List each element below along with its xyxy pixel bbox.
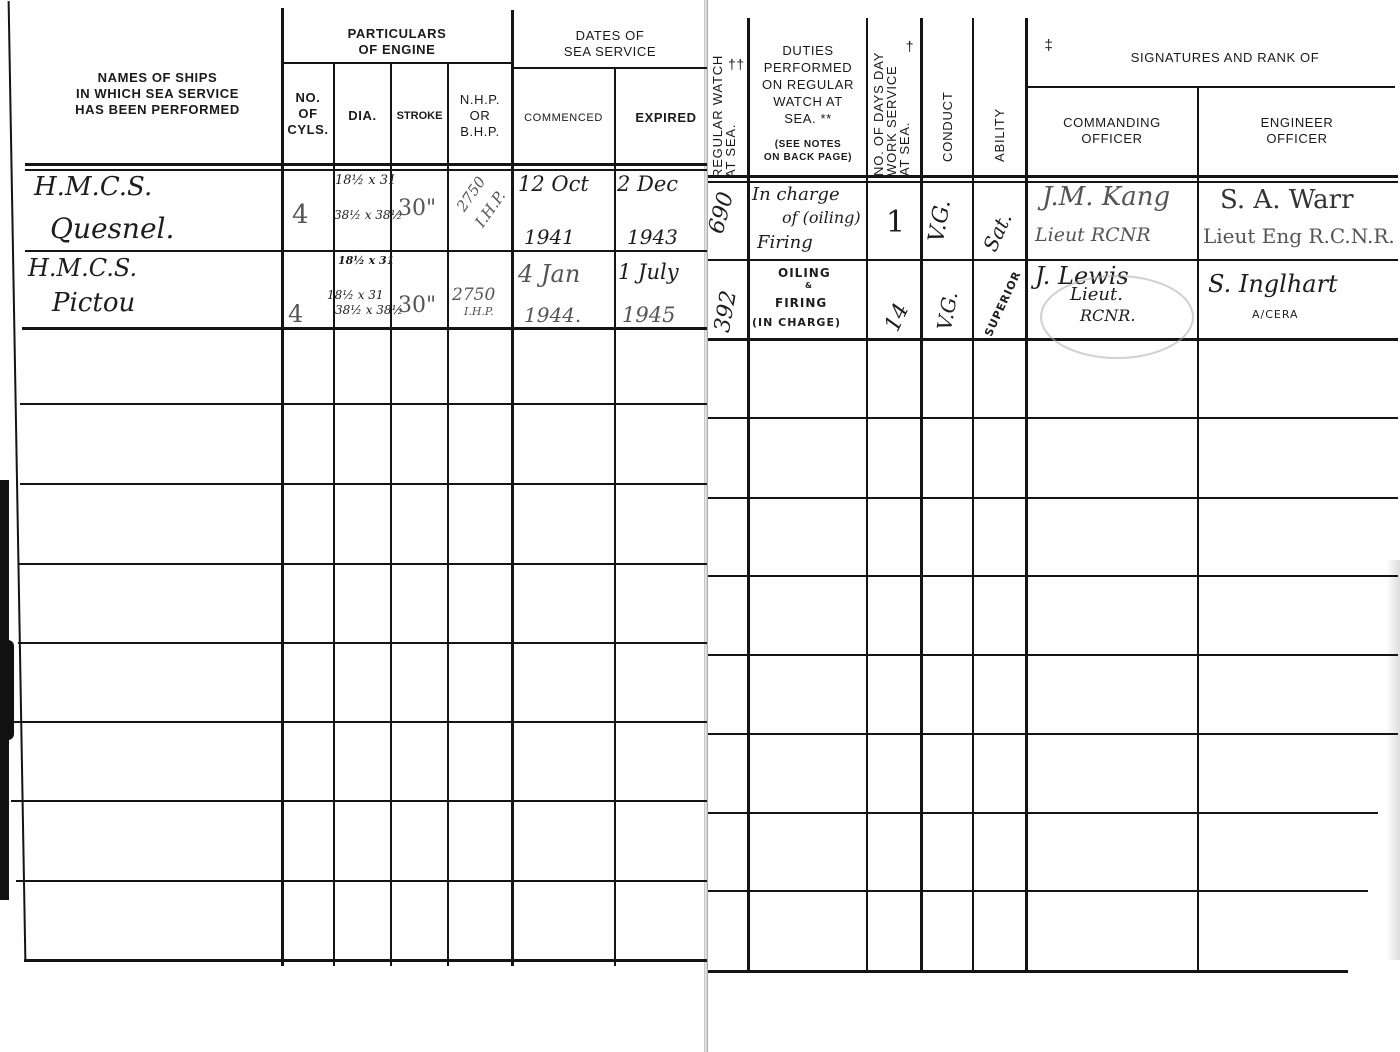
- grid-line: [1025, 86, 1395, 88]
- row-line: [22, 327, 707, 330]
- entry-1-commenced-line1: 12 Oct: [518, 172, 589, 196]
- grid-line: [390, 62, 392, 966]
- torn-page-edge: [1386, 560, 1400, 960]
- grid-line: [1025, 18, 1028, 973]
- row-line: [708, 890, 1368, 892]
- entry-2-duties-line1: OILING: [778, 266, 831, 280]
- header-days-mark: †: [903, 38, 917, 54]
- header-no-of-cyls: NO. OF CYLS.: [283, 90, 333, 138]
- header-days-day-work: NO. OF DAYS DAY WORK SERVICE AT SEA.: [872, 52, 911, 176]
- header-regular-watch-mark: ††: [728, 56, 744, 72]
- entry-2-eo-signature: S. Inglhart: [1208, 270, 1338, 298]
- entry-2-duties-line2: &: [805, 281, 813, 290]
- grid-line: [920, 18, 923, 973]
- row-line: [708, 812, 1378, 814]
- entry-2-dia-line1: 18½ x 31: [338, 254, 394, 267]
- row-line: [708, 417, 1398, 419]
- row-line: [708, 654, 1398, 656]
- header-regular-watch-line2: AT SEA.: [724, 55, 737, 178]
- header-regular-watch: REGULAR WATCH AT SEA.: [711, 55, 737, 178]
- row-line: [20, 483, 707, 485]
- row-line: [708, 497, 1398, 499]
- header-duties-note: (SEE NOTES ON BACK PAGE): [750, 138, 866, 164]
- entry-1-ship-line2: Quesnel.: [50, 212, 174, 245]
- entry-2-duties-line3: FIRING: [775, 296, 827, 310]
- header-nhp-bhp: N.H.P. OR B.H.P.: [449, 92, 511, 140]
- entry-2-hp-line2: I.H.P.: [464, 305, 494, 318]
- row-line: [708, 733, 1398, 735]
- header-names-of-ships: NAMES OF SHIPS IN WHICH SEA SERVICE HAS …: [40, 70, 275, 118]
- entry-1-stroke: 30": [398, 196, 436, 221]
- entry-2-expired-line1: 1 July: [618, 260, 679, 284]
- left-page: [0, 0, 707, 1052]
- row-line: [11, 800, 707, 802]
- header-expired: EXPIRED: [616, 110, 716, 126]
- entry-2-ship-line2: Pictou: [52, 288, 135, 318]
- entry-1-dia-line2: 38½ x 38½: [334, 208, 402, 222]
- entry-2-hp-line1: 2750: [452, 285, 495, 305]
- header-ability: ABILITY: [993, 108, 1006, 162]
- header-rule: [25, 169, 707, 171]
- table-bottom-rule: [708, 970, 1348, 973]
- entry-2-dia-line3: 38½ x 38½: [335, 303, 403, 317]
- row-line: [12, 721, 707, 723]
- entry-1-co-signature: J.M. Kang: [1042, 182, 1170, 212]
- header-signatures: SIGNATURES AND RANK OF: [1060, 50, 1390, 66]
- grid-line: [447, 62, 449, 966]
- row-line: [25, 250, 707, 252]
- entry-2-ship-line1: H.M.C.S.: [28, 254, 137, 282]
- header-commanding-officer: COMMANDING OFFICER: [1027, 115, 1197, 147]
- table-bottom-rule: [24, 959, 707, 962]
- entry-1-eo-signature: S. A. Warr: [1220, 185, 1354, 215]
- entry-1-duties-line1: In charge: [752, 184, 840, 205]
- entry-1-co-rank: Lieut RCNR: [1035, 224, 1151, 246]
- entry-1-dia-line1: 18½ x 31: [335, 173, 396, 188]
- grid-line: [333, 62, 335, 966]
- entry-2-expired-line2: 1945: [622, 303, 675, 327]
- header-days-line3: AT SEA.: [898, 52, 911, 176]
- header-particulars-of-engine: PARTICULARS OF ENGINE: [283, 26, 511, 58]
- entry-1-cyls: 4: [292, 200, 309, 230]
- row-line: [708, 259, 1398, 261]
- grid-line: [1197, 87, 1199, 973]
- header-engineer-officer: ENGINEER OFFICER: [1199, 115, 1395, 147]
- grid-line: [866, 18, 868, 973]
- entry-1-commenced-line2: 1941: [524, 225, 575, 249]
- entry-2-duties-line4: (IN CHARGE): [752, 316, 841, 329]
- row-line: [19, 563, 707, 565]
- entry-1-duties-line3: Firing: [757, 232, 813, 253]
- entry-2-cyls: 4: [288, 300, 303, 328]
- row-line: [708, 575, 1398, 577]
- page-edge-shadow: [0, 640, 14, 740]
- entry-1-expired-line2: 1943: [627, 225, 678, 249]
- row-line: [16, 880, 707, 882]
- grid-line: [972, 18, 974, 973]
- grid-line: [281, 8, 284, 966]
- row-line: [18, 642, 707, 644]
- entry-1-duties-line2: of (oiling): [782, 208, 861, 227]
- header-dia: DIA.: [335, 108, 390, 124]
- header-dates-of-sea-service: DATES OF SEA SERVICE: [513, 28, 707, 60]
- header-conduct: CONDUCT: [941, 91, 954, 162]
- grid-line: [614, 67, 616, 966]
- book-spine: [704, 0, 708, 1052]
- entry-2-eo-rank: A/CERA: [1252, 308, 1299, 321]
- grid-line: [511, 10, 514, 966]
- entry-1-days: 1: [886, 205, 905, 240]
- grid-line: [281, 62, 511, 64]
- entry-1-eo-rank: Lieut Eng R.C.N.R.: [1203, 224, 1395, 248]
- entry-1-ship-line1: H.M.C.S.: [34, 172, 152, 202]
- header-stroke: STROKE: [391, 109, 448, 123]
- row-line: [20, 403, 707, 405]
- ship-stamp: [1040, 275, 1194, 359]
- header-duties: DUTIES PERFORMED ON REGULAR WATCH AT SEA…: [750, 42, 866, 127]
- grid-line: [511, 67, 707, 69]
- header-commenced: COMMENCED: [513, 111, 614, 125]
- entry-2-stroke: 30": [398, 293, 436, 318]
- header-rule: [25, 163, 707, 166]
- entry-1-expired-line1: 2 Dec: [617, 172, 678, 196]
- header-rule: [708, 175, 1398, 178]
- entry-2-commenced-line1: 4 Jan: [518, 260, 580, 288]
- entry-2-dia-line2: 18½ x 31: [327, 288, 384, 302]
- entry-2-commenced-line2: 1944.: [524, 303, 581, 327]
- header-signatures-mark: ‡: [1042, 38, 1056, 54]
